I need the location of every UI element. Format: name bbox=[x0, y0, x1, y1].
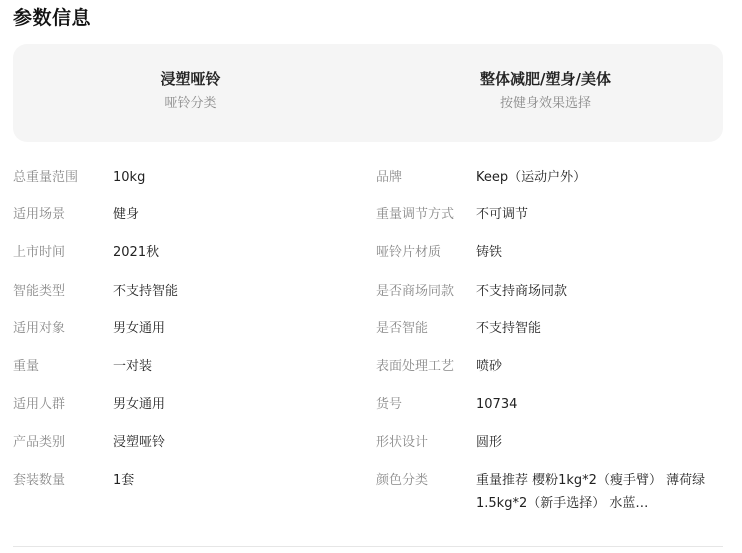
param-row: 产品类别 浸塑哑铃 bbox=[13, 433, 165, 452]
highlight-label: 按健身效果选择 bbox=[500, 94, 591, 114]
param-row: 重量调节方式 不可调节 bbox=[376, 205, 528, 224]
param-value-color-options: 重量推荐 樱粉1kg*2（瘦手臂） 薄荷绿 1.5kg*2（新手选择） 水蓝… bbox=[476, 469, 706, 515]
highlight-label: 哑铃分类 bbox=[164, 94, 216, 114]
param-value: 圆形 bbox=[476, 433, 502, 452]
highlight-card: 浸塑哑铃 哑铃分类 整体减肥/塑身/美体 按健身效果选择 bbox=[13, 44, 723, 142]
param-label: 适用对象 bbox=[13, 319, 113, 338]
param-row: 适用场景 健身 bbox=[13, 205, 139, 224]
param-value: 喷砂 bbox=[476, 357, 502, 376]
param-label: 表面处理工艺 bbox=[376, 357, 476, 376]
param-label: 品牌 bbox=[376, 168, 476, 187]
param-row: 是否智能 不支持智能 bbox=[376, 319, 541, 338]
param-label: 上市时间 bbox=[13, 243, 113, 262]
param-row: 套装数量 1套 bbox=[13, 471, 134, 490]
param-value: 浸塑哑铃 bbox=[113, 433, 165, 452]
param-label: 总重量范围 bbox=[13, 168, 113, 187]
param-value: 不支持智能 bbox=[113, 282, 178, 301]
param-row: 重量 一对装 bbox=[13, 357, 152, 376]
param-row: 货号 10734 bbox=[376, 395, 517, 414]
param-value: 一对装 bbox=[113, 357, 152, 376]
param-value: 不支持智能 bbox=[476, 319, 541, 338]
param-label: 智能类型 bbox=[13, 282, 113, 301]
param-row: 是否商场同款 不支持商场同款 bbox=[376, 282, 567, 301]
param-label: 颜色分类 bbox=[376, 471, 476, 515]
param-value: 10kg bbox=[113, 168, 145, 187]
param-label: 适用场景 bbox=[13, 205, 113, 224]
param-row: 适用对象 男女通用 bbox=[13, 319, 165, 338]
param-label: 重量 bbox=[13, 357, 113, 376]
param-value: 铸铁 bbox=[476, 243, 502, 262]
param-row: 品牌 Keep（运动户外） bbox=[376, 168, 586, 187]
param-value: Keep（运动户外） bbox=[476, 168, 586, 187]
param-row: 哑铃片材质 铸铁 bbox=[376, 243, 502, 262]
param-label: 货号 bbox=[376, 395, 476, 414]
highlight-value: 浸塑哑铃 bbox=[160, 68, 220, 90]
param-value: 不支持商场同款 bbox=[476, 282, 567, 301]
param-row: 智能类型 不支持智能 bbox=[13, 282, 178, 301]
param-row: 形状设计 圆形 bbox=[376, 433, 502, 452]
param-value: 男女通用 bbox=[113, 395, 165, 414]
param-value: 10734 bbox=[476, 395, 517, 414]
param-label: 产品类别 bbox=[13, 433, 113, 452]
param-value: 不可调节 bbox=[476, 205, 528, 224]
highlight-item-dumbbell-type: 浸塑哑铃 哑铃分类 bbox=[13, 44, 368, 142]
param-value: 2021秋 bbox=[113, 243, 159, 262]
param-label: 哑铃片材质 bbox=[376, 243, 476, 262]
param-label: 重量调节方式 bbox=[376, 205, 476, 224]
bottom-divider bbox=[13, 546, 723, 547]
param-row: 总重量范围 10kg bbox=[13, 168, 145, 187]
highlight-item-fitness-effect: 整体减肥/塑身/美体 按健身效果选择 bbox=[368, 44, 723, 142]
param-row: 颜色分类 重量推荐 樱粉1kg*2（瘦手臂） 薄荷绿 1.5kg*2（新手选择）… bbox=[376, 471, 706, 515]
param-label: 是否智能 bbox=[376, 319, 476, 338]
param-row: 上市时间 2021秋 bbox=[13, 243, 159, 262]
highlight-value: 整体减肥/塑身/美体 bbox=[480, 68, 611, 90]
param-label: 套装数量 bbox=[13, 471, 113, 490]
param-label: 形状设计 bbox=[376, 433, 476, 452]
param-row: 适用人群 男女通用 bbox=[13, 395, 165, 414]
param-label: 是否商场同款 bbox=[376, 282, 476, 301]
param-value: 男女通用 bbox=[113, 319, 165, 338]
param-row: 表面处理工艺 喷砂 bbox=[376, 357, 502, 376]
param-label: 适用人群 bbox=[13, 395, 113, 414]
param-value: 健身 bbox=[113, 205, 139, 224]
param-value: 1套 bbox=[113, 471, 134, 490]
section-title: 参数信息 bbox=[13, 5, 91, 31]
